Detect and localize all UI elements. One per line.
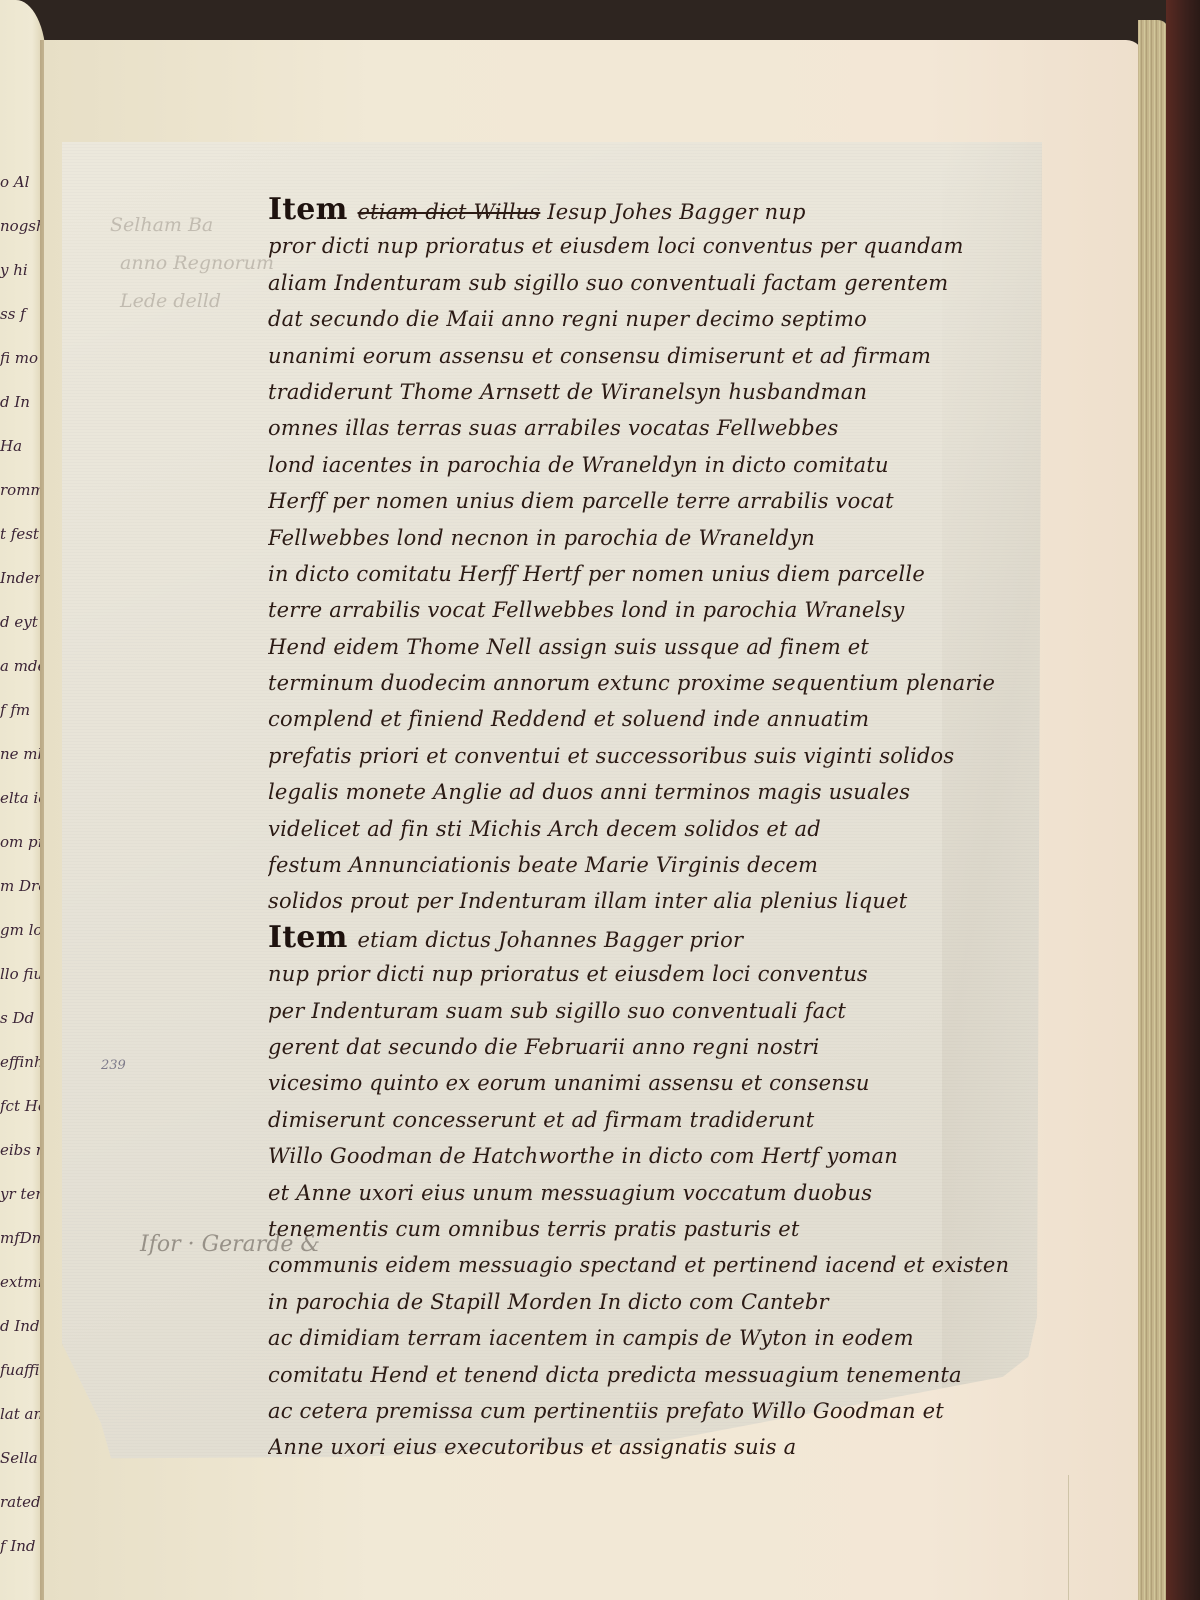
line-text: lond iacentes in parochia de Wraneldyn i… bbox=[268, 453, 889, 477]
manuscript-line: legalis monete Anglie ad duos anni termi… bbox=[268, 774, 1048, 810]
line-text: aliam Indenturam sub sigillo suo convent… bbox=[268, 271, 948, 295]
manuscript-line: pror dicti nup prioratus et eiusdem loci… bbox=[268, 228, 1048, 264]
line-text: Fellwebbes lond necnon in parochia de Wr… bbox=[268, 526, 815, 550]
line-text: dimiserunt concesserunt et ad firmam tra… bbox=[268, 1108, 814, 1132]
manuscript-line: complend et finiend Reddend et soluend i… bbox=[268, 701, 1048, 737]
manuscript-line: communis eidem messuagio spectand et per… bbox=[268, 1247, 1048, 1283]
manuscript-line: unanimi eorum assensu et consensu dimise… bbox=[268, 338, 1048, 374]
line-text: unanimi eorum assensu et consensu dimise… bbox=[268, 344, 931, 368]
manuscript-line: vicesimo quinto ex eorum unanimi assensu… bbox=[268, 1065, 1048, 1101]
manuscript-line: prefatis priori et conventui et successo… bbox=[268, 738, 1048, 774]
item-initial: Item bbox=[268, 920, 348, 955]
manuscript-line: Herff per nomen unius diem parcelle terr… bbox=[268, 483, 1048, 519]
manuscript-line: ac cetera premissa cum pertinentiis pref… bbox=[268, 1393, 1048, 1429]
manuscript-line: in parochia de Stapill Morden In dicto c… bbox=[268, 1284, 1048, 1320]
manuscript-line: Itemetiam dict Willus Iesup Johes Bagger… bbox=[268, 192, 1048, 228]
manuscript-line: nup prior dicti nup prioratus et eiusdem… bbox=[268, 956, 1048, 992]
line-text: dat secundo die Maii anno regni nuper de… bbox=[268, 307, 867, 331]
line-text: solidos prout per Indenturam illam inter… bbox=[268, 889, 907, 913]
line-text: pror dicti nup prioratus et eiusdem loci… bbox=[268, 234, 964, 258]
show-through-text: anno Regnorum bbox=[120, 252, 274, 274]
book-cover-edge bbox=[1166, 0, 1200, 1600]
manuscript-line: dat secundo die Maii anno regni nuper de… bbox=[268, 301, 1048, 337]
manuscript-line: per Indenturam suam sub sigillo suo conv… bbox=[268, 993, 1048, 1029]
manuscript-line: tradiderunt Thome Arnsett de Wiranelsyn … bbox=[268, 374, 1048, 410]
struck-through-text: etiam dict Willus bbox=[358, 200, 541, 224]
line-text: communis eidem messuagio spectand et per… bbox=[268, 1253, 1009, 1277]
line-text: vicesimo quinto ex eorum unanimi assensu… bbox=[268, 1071, 870, 1095]
line-text: et Anne uxori eius unum messuagium vocca… bbox=[268, 1181, 872, 1205]
line-text: tradiderunt Thome Arnsett de Wiranelsyn … bbox=[268, 380, 867, 404]
line-text: ac dimidiam terram iacentem in campis de… bbox=[268, 1326, 914, 1350]
manuscript-line: Fellwebbes lond necnon in parochia de Wr… bbox=[268, 520, 1048, 556]
manuscript-line: gerent dat secundo die Februarii anno re… bbox=[268, 1029, 1048, 1065]
line-text: festum Annunciationis beate Marie Virgin… bbox=[268, 853, 818, 877]
manuscript-line: comitatu Hend et tenend dicta predicta m… bbox=[268, 1357, 1048, 1393]
line-text: Hend eidem Thome Nell assign suis ussque… bbox=[268, 635, 869, 659]
manuscript-line: Willo Goodman de Hatchworthe in dicto co… bbox=[268, 1138, 1048, 1174]
manuscript-line: solidos prout per Indenturam illam inter… bbox=[268, 883, 1048, 919]
manuscript-line: terre arrabilis vocat Fellwebbes lond in… bbox=[268, 592, 1048, 628]
line-text: gerent dat secundo die Februarii anno re… bbox=[268, 1035, 819, 1059]
manuscript-line: Anne uxori eius executoribus et assignat… bbox=[268, 1429, 1048, 1465]
line-text: tenementis cum omnibus terris pratis pas… bbox=[268, 1217, 799, 1241]
line-text: omnes illas terras suas arrabiles vocata… bbox=[268, 416, 839, 440]
manuscript-text-block: Itemetiam dict Willus Iesup Johes Bagger… bbox=[268, 192, 1048, 1466]
line-text: complend et finiend Reddend et soluend i… bbox=[268, 707, 869, 731]
manuscript-line: Hend eidem Thome Nell assign suis ussque… bbox=[268, 629, 1048, 665]
manuscript-line: dimiserunt concesserunt et ad firmam tra… bbox=[268, 1102, 1048, 1138]
manuscript-line: Itemetiam dictus Johannes Bagger prior bbox=[268, 920, 1048, 956]
manuscript-line: lond iacentes in parochia de Wraneldyn i… bbox=[268, 447, 1048, 483]
manuscript-line: festum Annunciationis beate Marie Virgin… bbox=[268, 847, 1048, 883]
manuscript-line: videlicet ad fin sti Michis Arch decem s… bbox=[268, 811, 1048, 847]
item-initial: Item bbox=[268, 192, 348, 227]
manuscript-line: et Anne uxori eius unum messuagium vocca… bbox=[268, 1175, 1048, 1211]
line-text: terre arrabilis vocat Fellwebbes lond in… bbox=[268, 598, 904, 622]
line-text: prefatis priori et conventui et successo… bbox=[268, 744, 954, 768]
line-text: nup prior dicti nup prioratus et eiusdem… bbox=[268, 962, 868, 986]
line-text: videlicet ad fin sti Michis Arch decem s… bbox=[268, 817, 821, 841]
manuscript-line: aliam Indenturam sub sigillo suo convent… bbox=[268, 265, 1048, 301]
page-fore-edge bbox=[1138, 20, 1168, 1600]
line-text: terminum duodecim annorum extunc proxime… bbox=[268, 671, 995, 695]
line-text: in dicto comitatu Herff Hertf per nomen … bbox=[268, 562, 925, 586]
line-text: Herff per nomen unius diem parcelle terr… bbox=[268, 489, 894, 513]
line-text: in parochia de Stapill Morden In dicto c… bbox=[268, 1290, 829, 1314]
page-ruling-line bbox=[1068, 1475, 1069, 1600]
manuscript-line: tenementis cum omnibus terris pratis pas… bbox=[268, 1211, 1048, 1247]
line-text: legalis monete Anglie ad duos anni termi… bbox=[268, 780, 910, 804]
show-through-text: Lede delld bbox=[120, 290, 221, 312]
line-text: ac cetera premissa cum pertinentiis pref… bbox=[268, 1399, 944, 1423]
line-text: per Indenturam suam sub sigillo suo conv… bbox=[268, 999, 846, 1023]
manuscript-line: terminum duodecim annorum extunc proxime… bbox=[268, 665, 1048, 701]
line-text: etiam dictus Johannes Bagger prior bbox=[358, 928, 744, 952]
show-through-text: Selham Ba bbox=[110, 214, 213, 236]
line-text: Iesup Johes Bagger nup bbox=[547, 200, 805, 224]
line-text: Anne uxori eius executoribus et assignat… bbox=[268, 1435, 796, 1459]
manuscript-line: in dicto comitatu Herff Hertf per nomen … bbox=[268, 556, 1048, 592]
line-text: comitatu Hend et tenend dicta predicta m… bbox=[268, 1363, 962, 1387]
manuscript-line: omnes illas terras suas arrabiles vocata… bbox=[268, 410, 1048, 446]
folio-number: 239 bbox=[101, 1058, 126, 1073]
line-text: Willo Goodman de Hatchworthe in dicto co… bbox=[268, 1144, 898, 1168]
manuscript-line: ac dimidiam terram iacentem in campis de… bbox=[268, 1320, 1048, 1356]
